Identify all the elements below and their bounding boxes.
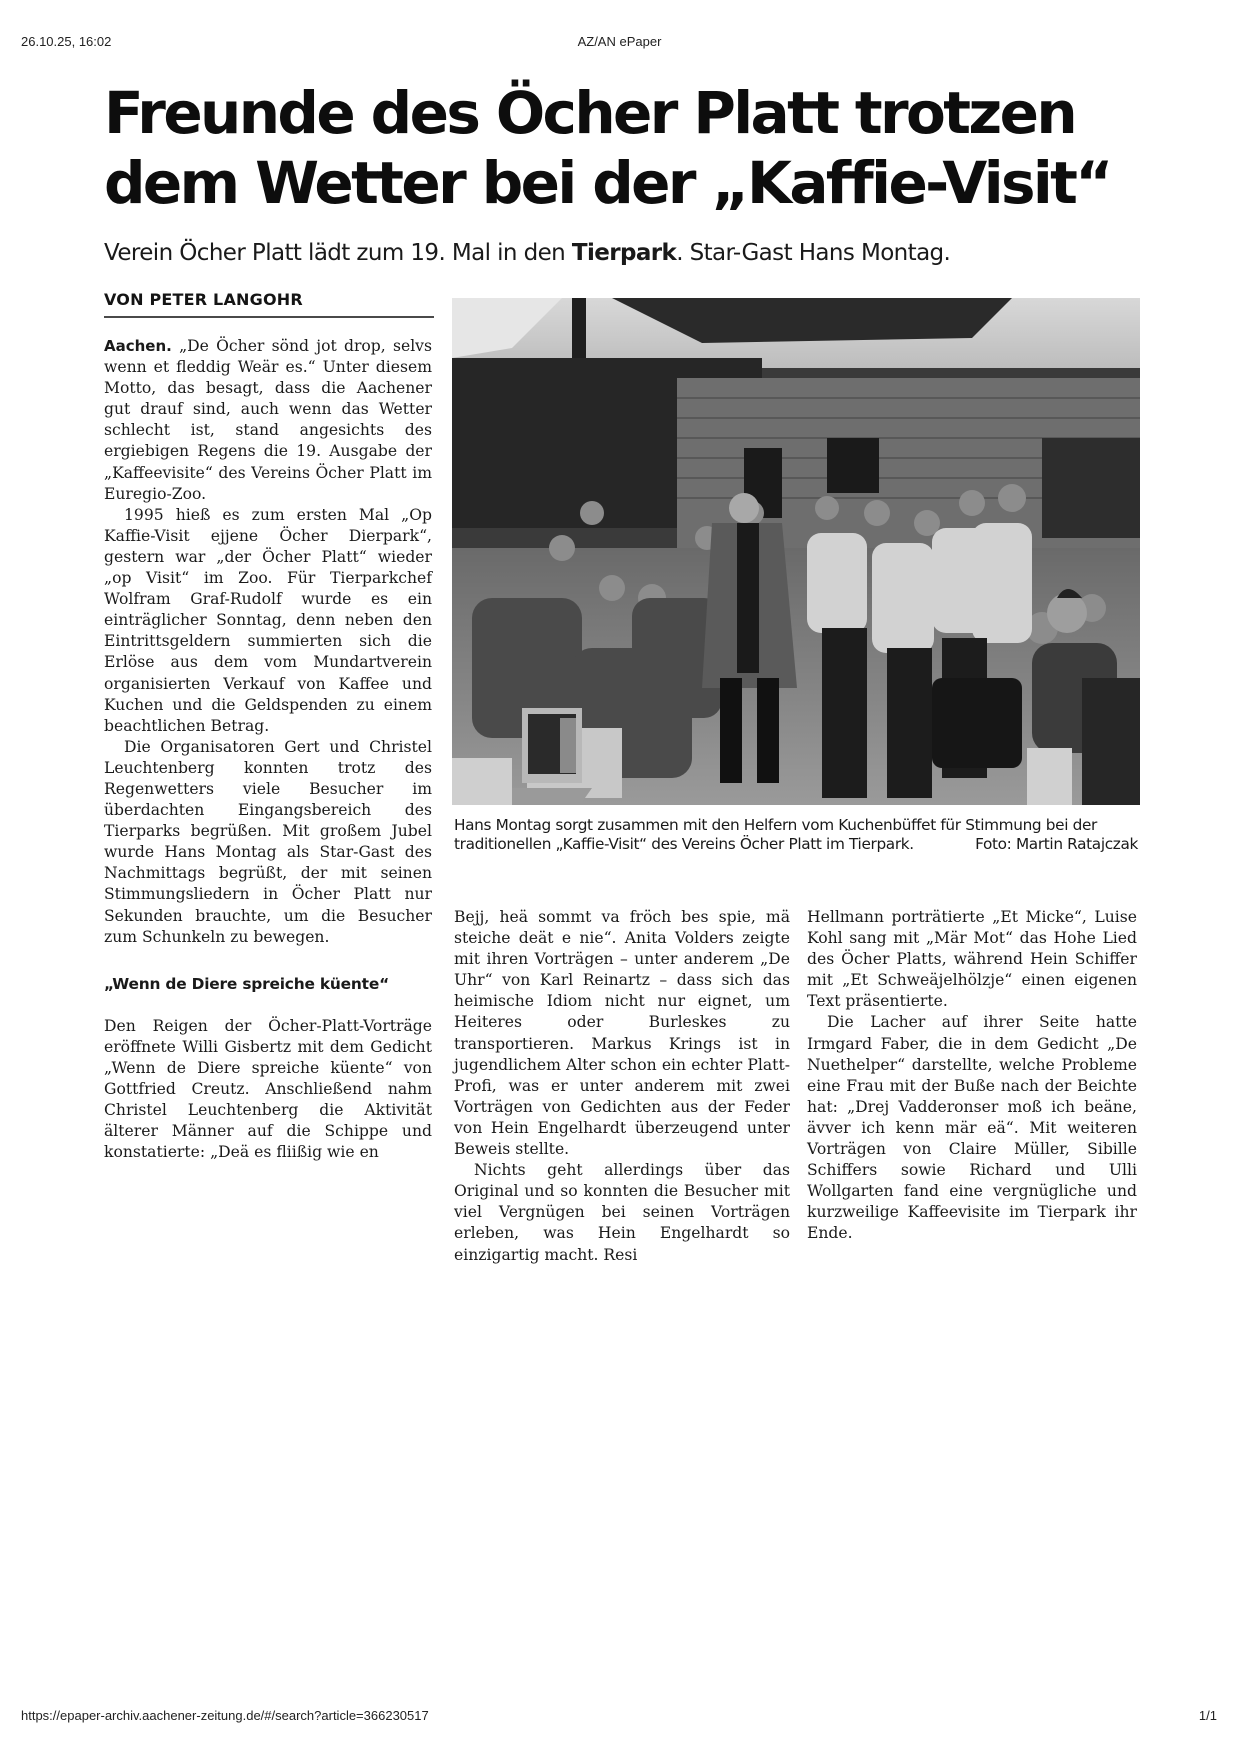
paragraph-6: Nichts geht allerdings über das Original… xyxy=(454,1160,790,1265)
photo-credit: Foto: Martin Ratajczak xyxy=(975,835,1138,854)
article-column-1: Aachen. „De Öcher sönd jot drop, selvs w… xyxy=(104,336,432,1163)
paragraph-4: Den Reigen der Öcher-Platt-Vorträge eröf… xyxy=(104,1016,432,1164)
print-page-number: 1/1 xyxy=(1199,1708,1217,1723)
headline-line-2: dem Wetter bei der „Kaffie-Visit“ xyxy=(104,149,1111,217)
print-footer: https://epaper-archiv.aachener-zeitung.d… xyxy=(0,1708,1239,1724)
paragraph-1-text: „De Öcher sönd jot drop, selvs wenn et f… xyxy=(104,337,432,503)
paragraph-2: 1995 hieß es zum ersten Mal „Op Kaffie-V… xyxy=(104,505,432,737)
print-title: AZ/AN ePaper xyxy=(0,34,1239,49)
paragraph-3: Die Organisatoren Gert und Christel Leuc… xyxy=(104,737,432,948)
subheadline-text-post: . Star-Gast Hans Montag. xyxy=(676,240,950,266)
dateline: Aachen. xyxy=(104,337,172,355)
section-subhead: „Wenn de Diere spreiche küente“ xyxy=(104,974,432,995)
paragraph-7: Hellmann porträtierte „Et Micke“, Luise … xyxy=(807,907,1137,1012)
print-url: https://epaper-archiv.aachener-zeitung.d… xyxy=(21,1708,429,1723)
photo-image xyxy=(452,298,1140,805)
headline-line-1: Freunde des Öcher Platt trotzen xyxy=(104,79,1075,147)
subheadline-bold: Tierpark xyxy=(572,240,676,266)
subheadline-text-pre: Verein Öcher Platt lädt zum 19. Mal in d… xyxy=(104,240,572,266)
photo-caption: Hans Montag sorgt zusammen mit den Helfe… xyxy=(454,816,1138,853)
paragraph-1: Aachen. „De Öcher sönd jot drop, selvs w… xyxy=(104,336,432,505)
print-header: 26.10.25, 16:02 AZ/AN ePaper xyxy=(0,34,1239,50)
paragraph-8: Die Lacher auf ihrer Seite hatte Irmgard… xyxy=(807,1012,1137,1244)
article-subheadline: Verein Öcher Platt lädt zum 19. Mal in d… xyxy=(104,240,1154,266)
article-column-2: Bejj, heä sommt va fröch bes spie, mä st… xyxy=(454,907,790,1266)
article-column-3: Hellmann porträtierte „Et Micke“, Luise … xyxy=(807,907,1137,1245)
paragraph-5: Bejj, heä sommt va fröch bes spie, mä st… xyxy=(454,907,790,1160)
byline: VON PETER LANGOHR xyxy=(104,290,434,318)
article-headline: Freunde des Öcher Platt trotzen dem Wett… xyxy=(104,78,1144,218)
article-photo xyxy=(452,298,1140,805)
